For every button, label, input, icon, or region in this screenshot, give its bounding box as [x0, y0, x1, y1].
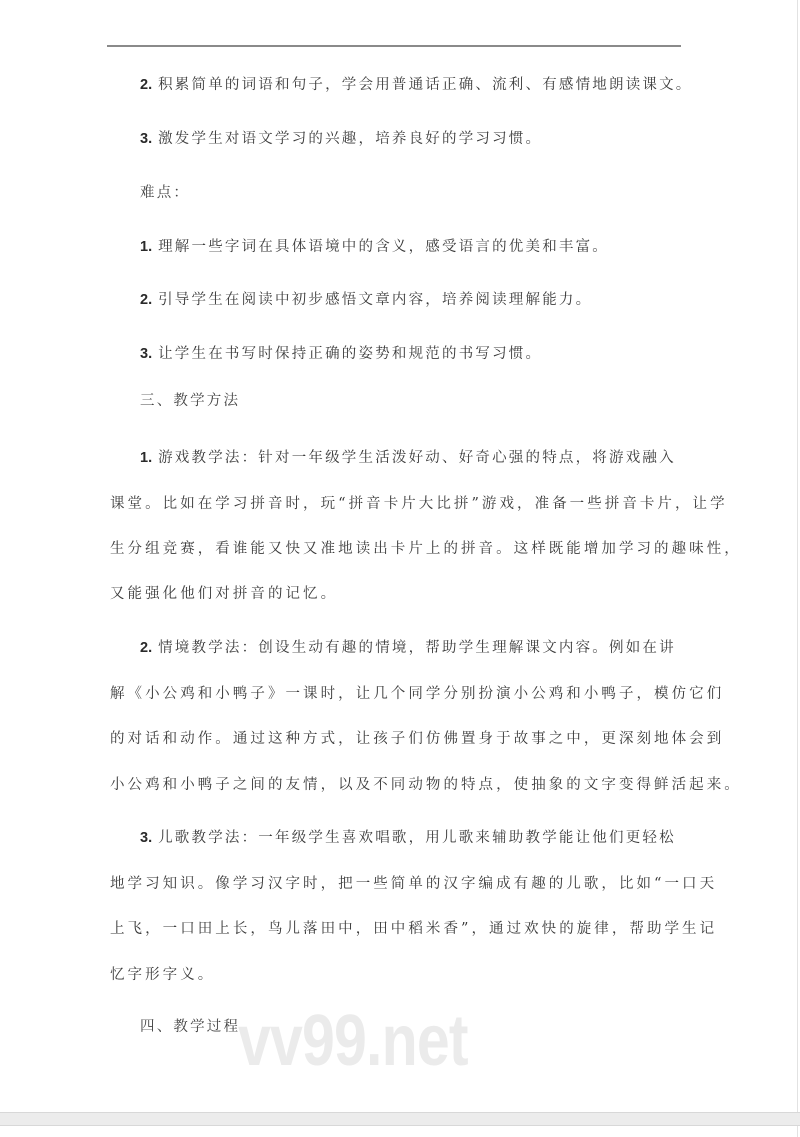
method-1-line-2: 课堂。比如在学习拼音时，玩“拼音卡片大比拼”游戏，准备一些拼音卡片，让学: [110, 492, 728, 513]
method-3-line-1: 3.儿歌教学法：一年级学生喜欢唱歌，用儿歌来辅助教学能让他们更轻松: [140, 826, 676, 847]
page-separator: [0, 1112, 800, 1126]
difficulty-1: 1.理解一些字词在具体语境中的含义，感受语言的优美和丰富。: [140, 235, 609, 256]
next-page-edge: [0, 1126, 798, 1137]
method-1-line-1: 1.游戏教学法：针对一年级学生活泼好动、好奇心强的特点，将游戏融入: [140, 446, 676, 467]
method-2-line-4: 小公鸡和小鸭子之间的友情，以及不同动物的特点，使抽象的文字变得鲜活起来。: [110, 773, 742, 794]
section-heading-teaching-process: 四、教学过程: [140, 1015, 240, 1036]
header-rule: [107, 45, 681, 47]
method-2-line-1: 2.情境教学法：创设生动有趣的情境，帮助学生理解课文内容。例如在讲: [140, 636, 676, 657]
method-2-line-3: 的对话和动作。通过这种方式，让孩子们仿佛置身于故事之中，更深刻地体会到: [110, 727, 724, 748]
method-3-line-4: 忆字形字义。: [110, 963, 215, 984]
method-1-line-4: 又能强化他们对拼音的记忆。: [110, 582, 338, 603]
key-point-3: 3.激发学生对语文学习的兴趣，培养良好的学习习惯。: [140, 127, 542, 148]
section-heading-teaching-methods: 三、教学方法: [140, 389, 240, 410]
difficulty-3: 3.让学生在书写时保持正确的姿势和规范的书写习惯。: [140, 342, 542, 363]
method-3-line-2: 地学习知识。像学习汉字时，把一些简单的汉字编成有趣的儿歌，比如“一口天: [110, 872, 717, 893]
method-1-line-3: 生分组竞赛，看谁能又快又准地读出卡片上的拼音。这样既能增加学习的趣味性，: [110, 537, 742, 558]
method-3-line-3: 上飞，一口田上长，鸟儿落田中，田中稻米香”，通过欢快的旋律，帮助学生记: [110, 917, 717, 938]
watermark: vv99.net: [238, 1000, 468, 1082]
method-2-line-2: 解《小公鸡和小鸭子》一课时，让几个同学分别扮演小公鸡和小鸭子，模仿它们: [110, 682, 724, 703]
document-page: 2.积累简单的词语和句子，学会用普通话正确、流利、有感情地朗读课文。 3.激发学…: [0, 0, 798, 1112]
key-point-2: 2.积累简单的词语和句子，学会用普通话正确、流利、有感情地朗读课文。: [140, 73, 693, 94]
difficulty-2: 2.引导学生在阅读中初步感悟文章内容，培养阅读理解能力。: [140, 288, 592, 309]
difficulties-label: 难点：: [140, 181, 190, 202]
